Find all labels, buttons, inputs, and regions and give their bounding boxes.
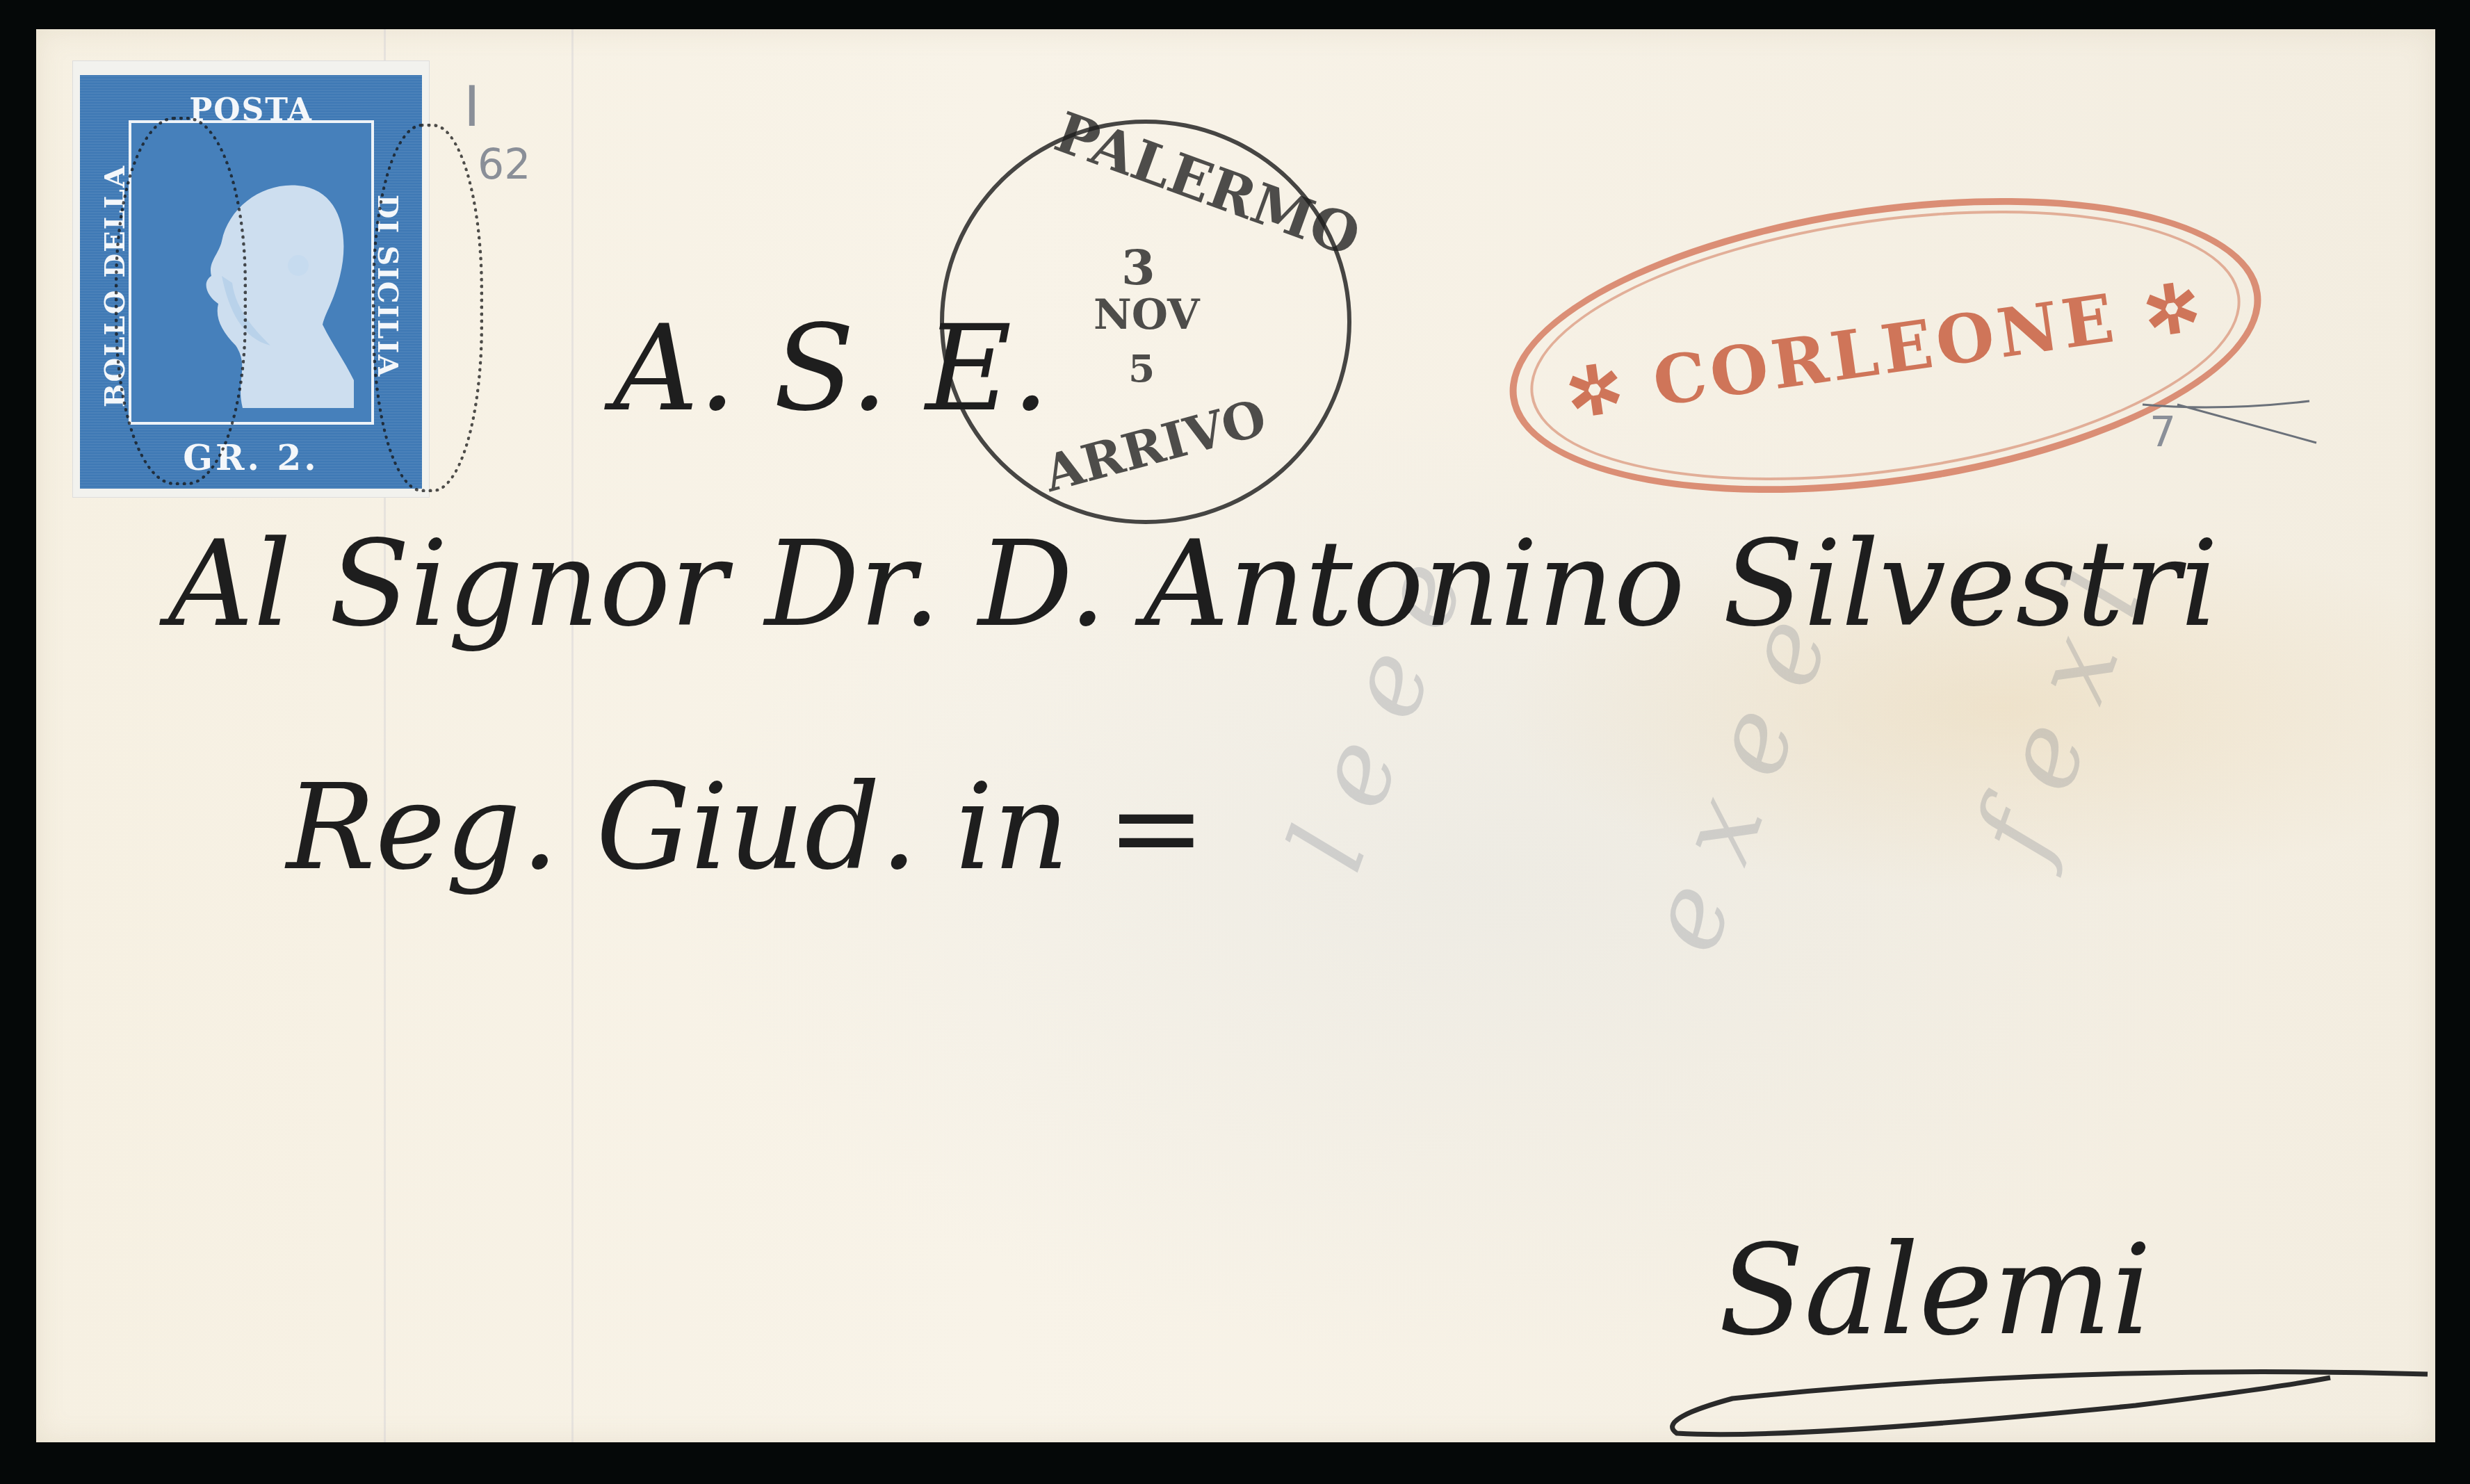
postmark-month: NOV [1094,291,1200,339]
postmark-day: 3 [1121,238,1155,296]
cancellation-mark [115,117,247,485]
underline-flourish-icon [1649,1350,2435,1461]
rosette-icon: ✲ [2138,266,2209,352]
stamp-value-text: GR. 2. [80,437,422,478]
letter-cover: l e e e e x e e f e x l POSTA BOLLO DELL… [36,29,2435,1442]
postmark-bottom-text: ARRIVO [1038,387,1272,503]
pencil-number: 62 [478,140,530,189]
address-line-3: Reg. Giud. in = [286,759,1205,897]
postmark-year: 5 [1128,346,1155,391]
fold-line [571,29,574,1442]
rosette-icon: ✲ [1561,348,1632,434]
address-line-2: Al Signor Dr. D. Antonino Silvestri [168,516,2218,653]
pencil-strike-icon [2136,391,2330,453]
address-line-1: A. S. E. [613,300,1049,438]
address-line-4: Salemi [1719,1218,2152,1363]
cancellation-mark [372,124,483,492]
pencil-numeral: I [464,74,480,139]
postmark-town: PALERMO [1047,99,1369,269]
show-through-writing: e x e e [1622,603,1853,967]
postage-stamp: POSTA BOLLO DELLA DI SICILIA GR. 2. [72,60,430,498]
